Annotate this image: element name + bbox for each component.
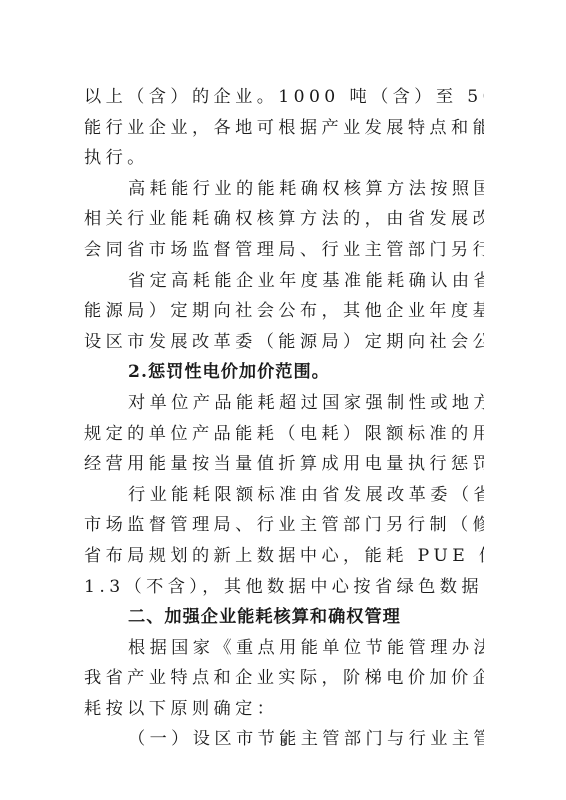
text-line: 会同省市场监督管理局、行业主管部门另行制定。 bbox=[84, 235, 484, 266]
text-line: 省布局规划的新上数据中心，能耗 PUE 值限额标准为不高于 bbox=[84, 541, 484, 572]
text-line: 我省产业特点和企业实际，阶梯电价加价企业的年度基准能 bbox=[84, 663, 484, 694]
text-line: 行业能耗限额标准由省发展改革委（省能源局）会同省 bbox=[84, 480, 484, 511]
text-line: 高耗能行业的能耗确权核算方法按照国家规定执行。无 bbox=[84, 174, 484, 205]
text-line: 执行。 bbox=[84, 143, 484, 174]
text-line: 省定高耗能企业年度基准能耗确认由省发展改革委（省 bbox=[84, 266, 484, 297]
text-line: 耗按以下原则确定： bbox=[84, 694, 484, 725]
text-line: 设区市发展改革委（能源局）定期向社会公布。 bbox=[84, 327, 484, 358]
body-text: 以上（含）的企业。1000 吨（含）至 5000 吨标准煤的高耗 能行业企业，各… bbox=[84, 82, 484, 755]
text-line: 1.3（不含），其他数据中心按省绿色数据中心有关标准执行。 bbox=[84, 572, 484, 603]
document-page: 以上（含）的企业。1000 吨（含）至 5000 吨标准煤的高耗 能行业企业，各… bbox=[0, 0, 566, 800]
text-line: 以上（含）的企业。1000 吨（含）至 5000 吨标准煤的高耗 bbox=[84, 82, 484, 113]
section-heading: 二、加强企业能耗核算和确权管理 bbox=[84, 602, 484, 633]
text-line: 经营用能量按当量值折算成用电量执行惩罚性电价。 bbox=[84, 449, 484, 480]
text-line: 能行业企业，各地可根据产业发展特点和能耗双控目标参照 bbox=[84, 113, 484, 144]
text-line: 市场监督管理局、行业主管部门另行制（修）订。对国家和 bbox=[84, 510, 484, 541]
text-line: 能源局）定期向社会公布，其他企业年度基准能耗确认由各 bbox=[84, 296, 484, 327]
text-line: 相关行业能耗确权核算方法的，由省发展改革委(省能源局) bbox=[84, 204, 484, 235]
text-line: 对单位产品能耗超过国家强制性或地方限制性能耗标准 bbox=[84, 388, 484, 419]
subsection-heading: 2.惩罚性电价加价范围。 bbox=[84, 357, 484, 388]
page-number: 3 bbox=[0, 737, 566, 749]
text-line: 根据国家《重点用能单位节能管理办法》等规定，结合 bbox=[84, 633, 484, 664]
text-line: 规定的单位产品能耗（电耗）限额标准的用能单位，其生产 bbox=[84, 419, 484, 450]
